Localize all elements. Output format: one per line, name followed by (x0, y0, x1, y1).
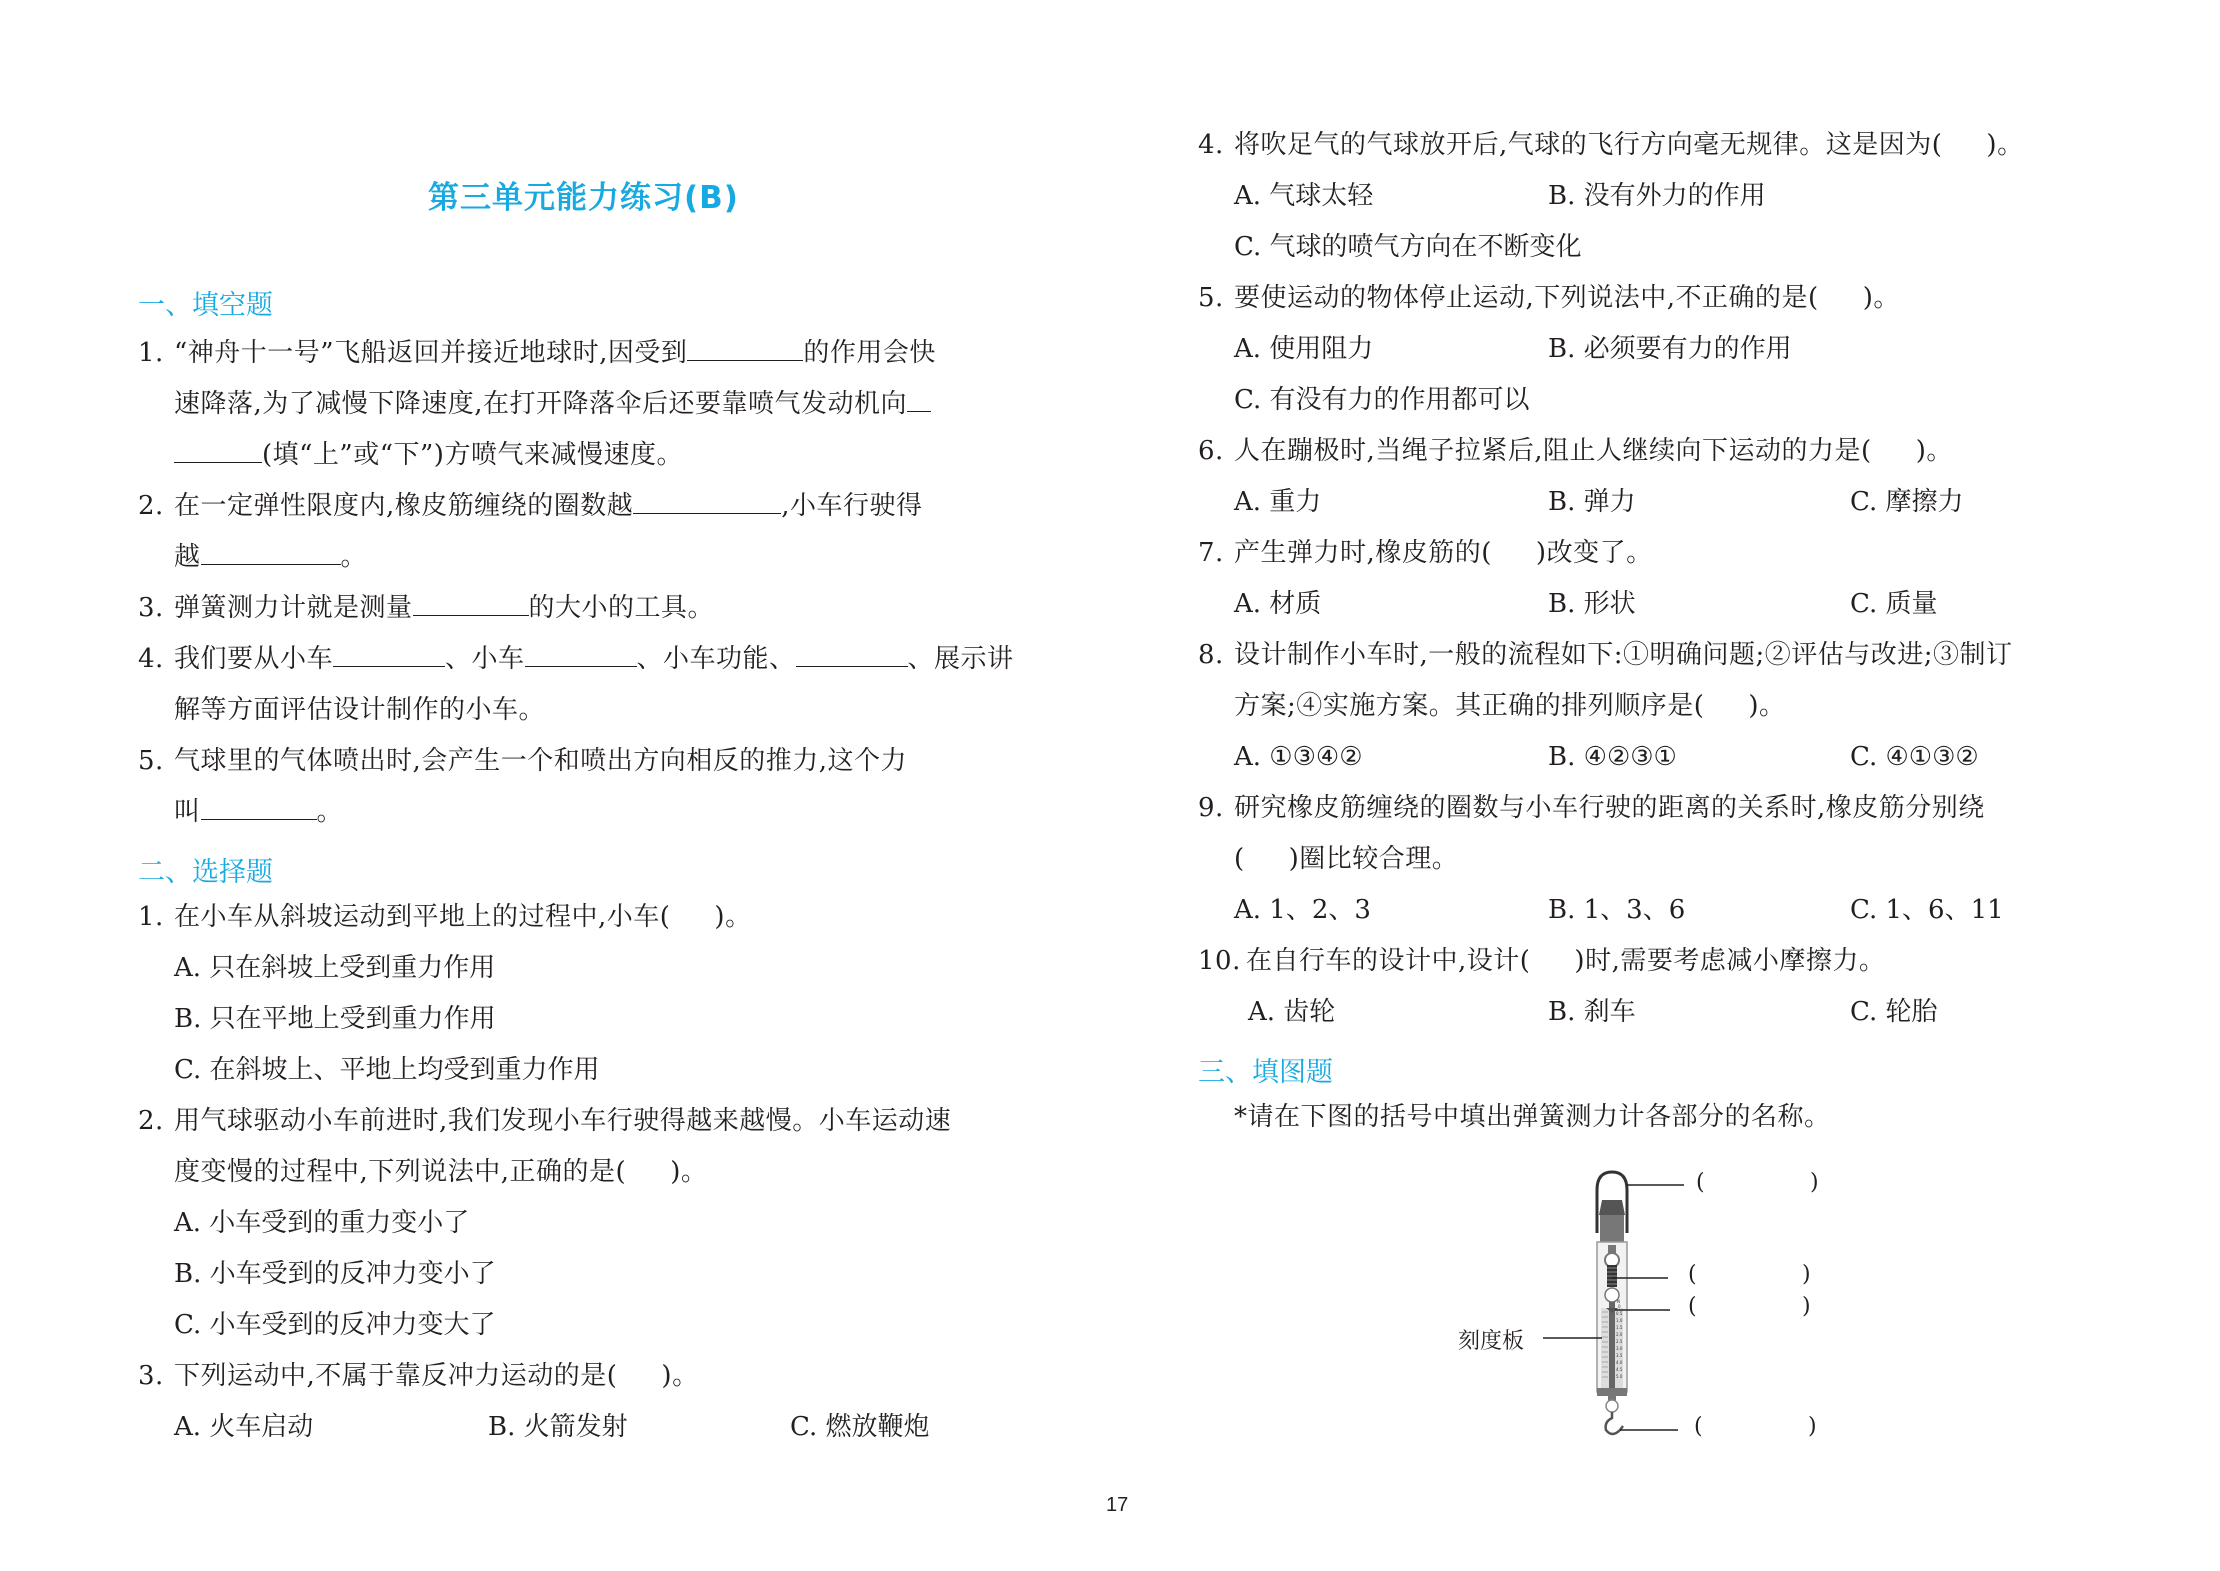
svg-text:3.0: 3.0 (1616, 1346, 1623, 1351)
choice-q9-option-c[interactable]: C. 1、6、11 (1850, 893, 2004, 927)
choice-q8-option-a[interactable]: A. ①③④② (1234, 740, 1363, 774)
choice-q7-option-b[interactable]: B. 形状 (1548, 587, 1636, 621)
choice-q2-option-a[interactable]: A. 小车受到的重力变小了 (174, 1206, 469, 1240)
fill-q4-line1: 4.我们要从小车、小车、小车功能、、展示讲 (138, 642, 1014, 676)
fill-q1-line1: 1.“神舟十一号”飞船返回并接近地球时,因受到的作用会快 (138, 336, 936, 370)
choice-q8-option-c[interactable]: C. ④①③② (1850, 740, 1979, 774)
svg-text:4.5: 4.5 (1616, 1367, 1623, 1372)
choice-q5-option-c[interactable]: C. 有没有力的作用都可以 (1234, 383, 1530, 417)
choice-q10-stem: 10.在自行车的设计中,设计()时,需要考虑减小摩擦力。 (1198, 944, 1885, 978)
svg-text:2.5: 2.5 (1616, 1339, 1623, 1344)
choice-q3-option-b[interactable]: B. 火箭发射 (488, 1410, 628, 1444)
choice-q5-option-b[interactable]: B. 必须要有力的作用 (1548, 332, 1792, 366)
svg-text:5.0: 5.0 (1616, 1374, 1623, 1379)
fill-q2-line2: 越。 (174, 540, 367, 574)
choice-q1-option-c[interactable]: C. 在斜坡上、平地上均受到重力作用 (174, 1053, 600, 1087)
choice-q2-option-c[interactable]: C. 小车受到的反冲力变大了 (174, 1308, 496, 1342)
choice-q9-stem-line2: ()圈比较合理。 (1234, 842, 1458, 876)
section-heading-fill-blank: 一、填空题 (138, 283, 273, 322)
svg-text:1.5: 1.5 (1616, 1325, 1623, 1330)
choice-q2-stem-line1: 2.用气球驱动小车前进时,我们发现小车行驶得越来越慢。小车运动速 (138, 1104, 951, 1138)
answer-blank[interactable] (687, 336, 803, 361)
svg-text:1.0: 1.0 (1616, 1318, 1623, 1323)
spring-scale-icon: N 0 0.51.01.5 2.02.53.0 3.54.04.5 5.0 (1450, 1160, 1870, 1480)
choice-q3-stem: 3.下列运动中,不属于靠反冲力运动的是()。 (138, 1359, 699, 1393)
fill-q5-line2: 叫。 (174, 795, 343, 829)
fill-q5-line1: 5.气球里的气体喷出时,会产生一个和喷出方向相反的推力,这个力 (138, 744, 907, 778)
choice-q6-option-b[interactable]: B. 弹力 (1548, 485, 1636, 519)
answer-blank[interactable] (796, 642, 908, 667)
choice-q2-stem-line2: 度变慢的过程中,下列说法中,正确的是()。 (174, 1155, 707, 1189)
fill-q2-line1: 2.在一定弹性限度内,橡皮筋缠绕的圈数越,小车行驶得 (138, 489, 923, 523)
choice-q10-option-b[interactable]: B. 刹车 (1548, 995, 1636, 1029)
choice-q10-option-a[interactable]: A. 齿轮 (1248, 995, 1335, 1029)
answer-blank[interactable] (201, 540, 341, 565)
fill-q1-line3: (填“上”或“下”)方喷气来减慢速度。 (174, 438, 683, 472)
choice-q5-stem: 5.要使运动的物体停止运动,下列说法中,不正确的是()。 (1198, 281, 1900, 315)
choice-q4-option-c[interactable]: C. 气球的喷气方向在不断变化 (1234, 230, 1582, 264)
page-number: 17 (1106, 1494, 1128, 1517)
svg-text:3.5: 3.5 (1616, 1353, 1623, 1358)
choice-q6-stem: 6.人在蹦极时,当绳子拉紧后,阻止人继续向下运动的力是()。 (1198, 434, 1953, 468)
fill-q1-line2: 速降落,为了减慢下降速度,在打开降落伞后还要靠喷气发动机向 (174, 387, 931, 421)
fill-q4-line2: 解等方面评估设计制作的小车。 (174, 693, 545, 727)
choice-q7-option-c[interactable]: C. 质量 (1850, 587, 1938, 621)
fill-q3-line1: 3.弹簧测力计就是测量的大小的工具。 (138, 591, 714, 625)
choice-q4-option-a[interactable]: A. 气球太轻 (1234, 179, 1373, 213)
choice-q7-stem: 7.产生弹力时,橡皮筋的()改变了。 (1198, 536, 1653, 570)
choice-q3-option-a[interactable]: A. 火车启动 (174, 1410, 313, 1444)
answer-blank[interactable] (633, 489, 781, 514)
choice-q1-option-b[interactable]: B. 只在平地上受到重力作用 (174, 1002, 496, 1036)
answer-blank[interactable] (413, 591, 529, 616)
choice-q9-stem-line1: 9.研究橡皮筋缠绕的圈数与小车行驶的距离的关系时,橡皮筋分别绕 (1198, 791, 1985, 825)
choice-q6-option-c[interactable]: C. 摩擦力 (1850, 485, 1964, 519)
choice-q9-option-b[interactable]: B. 1、3、6 (1548, 893, 1685, 927)
spring-scale-diagram: N 0 0.51.01.5 2.02.53.0 3.54.04.5 5.0 刻度… (1450, 1160, 1870, 1480)
page-title: 第三单元能力练习(B) (428, 172, 758, 217)
choice-q7-option-a[interactable]: A. 材质 (1234, 587, 1321, 621)
scale-plate-label: 刻度板 (1458, 1324, 1524, 1355)
answer-blank[interactable] (201, 795, 317, 820)
answer-blank[interactable] (907, 387, 931, 412)
svg-text:4.0: 4.0 (1616, 1360, 1623, 1365)
choice-q4-option-b[interactable]: B. 没有外力的作用 (1548, 179, 1766, 213)
svg-text:0.5: 0.5 (1616, 1311, 1623, 1316)
choice-q5-option-a[interactable]: A. 使用阻力 (1234, 332, 1373, 366)
section-heading-diagram: 三、填图题 (1198, 1050, 1333, 1089)
choice-q9-option-a[interactable]: A. 1、2、3 (1234, 893, 1371, 927)
choice-q8-stem-line1: 8.设计制作小车时,一般的流程如下:①明确问题;②评估与改进;③制订 (1198, 638, 2013, 672)
svg-text:2.0: 2.0 (1616, 1332, 1623, 1337)
choice-q8-option-b[interactable]: B. ④②③① (1548, 740, 1677, 774)
choice-q8-stem-line2: 方案;④实施方案。其正确的排列顺序是()。 (1234, 689, 1786, 723)
diagram-instruction: *请在下图的括号中填出弹簧测力计各部分的名称。 (1234, 1100, 1831, 1134)
answer-blank[interactable] (333, 642, 445, 667)
choice-q10-option-c[interactable]: C. 轮胎 (1850, 995, 1938, 1029)
choice-q4-stem: 4.将吹足气的气球放开后,气球的飞行方向毫无规律。这是因为()。 (1198, 128, 2024, 162)
section-heading-choice: 二、选择题 (138, 850, 273, 889)
choice-q3-option-c[interactable]: C. 燃放鞭炮 (790, 1410, 930, 1444)
choice-q1-stem: 1.在小车从斜坡运动到平地上的过程中,小车()。 (138, 900, 752, 934)
answer-blank[interactable] (174, 438, 262, 463)
choice-q2-option-b[interactable]: B. 小车受到的反冲力变小了 (174, 1257, 496, 1291)
choice-q1-option-a[interactable]: A. 只在斜坡上受到重力作用 (174, 951, 495, 985)
answer-blank[interactable] (525, 642, 637, 667)
choice-q6-option-a[interactable]: A. 重力 (1234, 485, 1321, 519)
